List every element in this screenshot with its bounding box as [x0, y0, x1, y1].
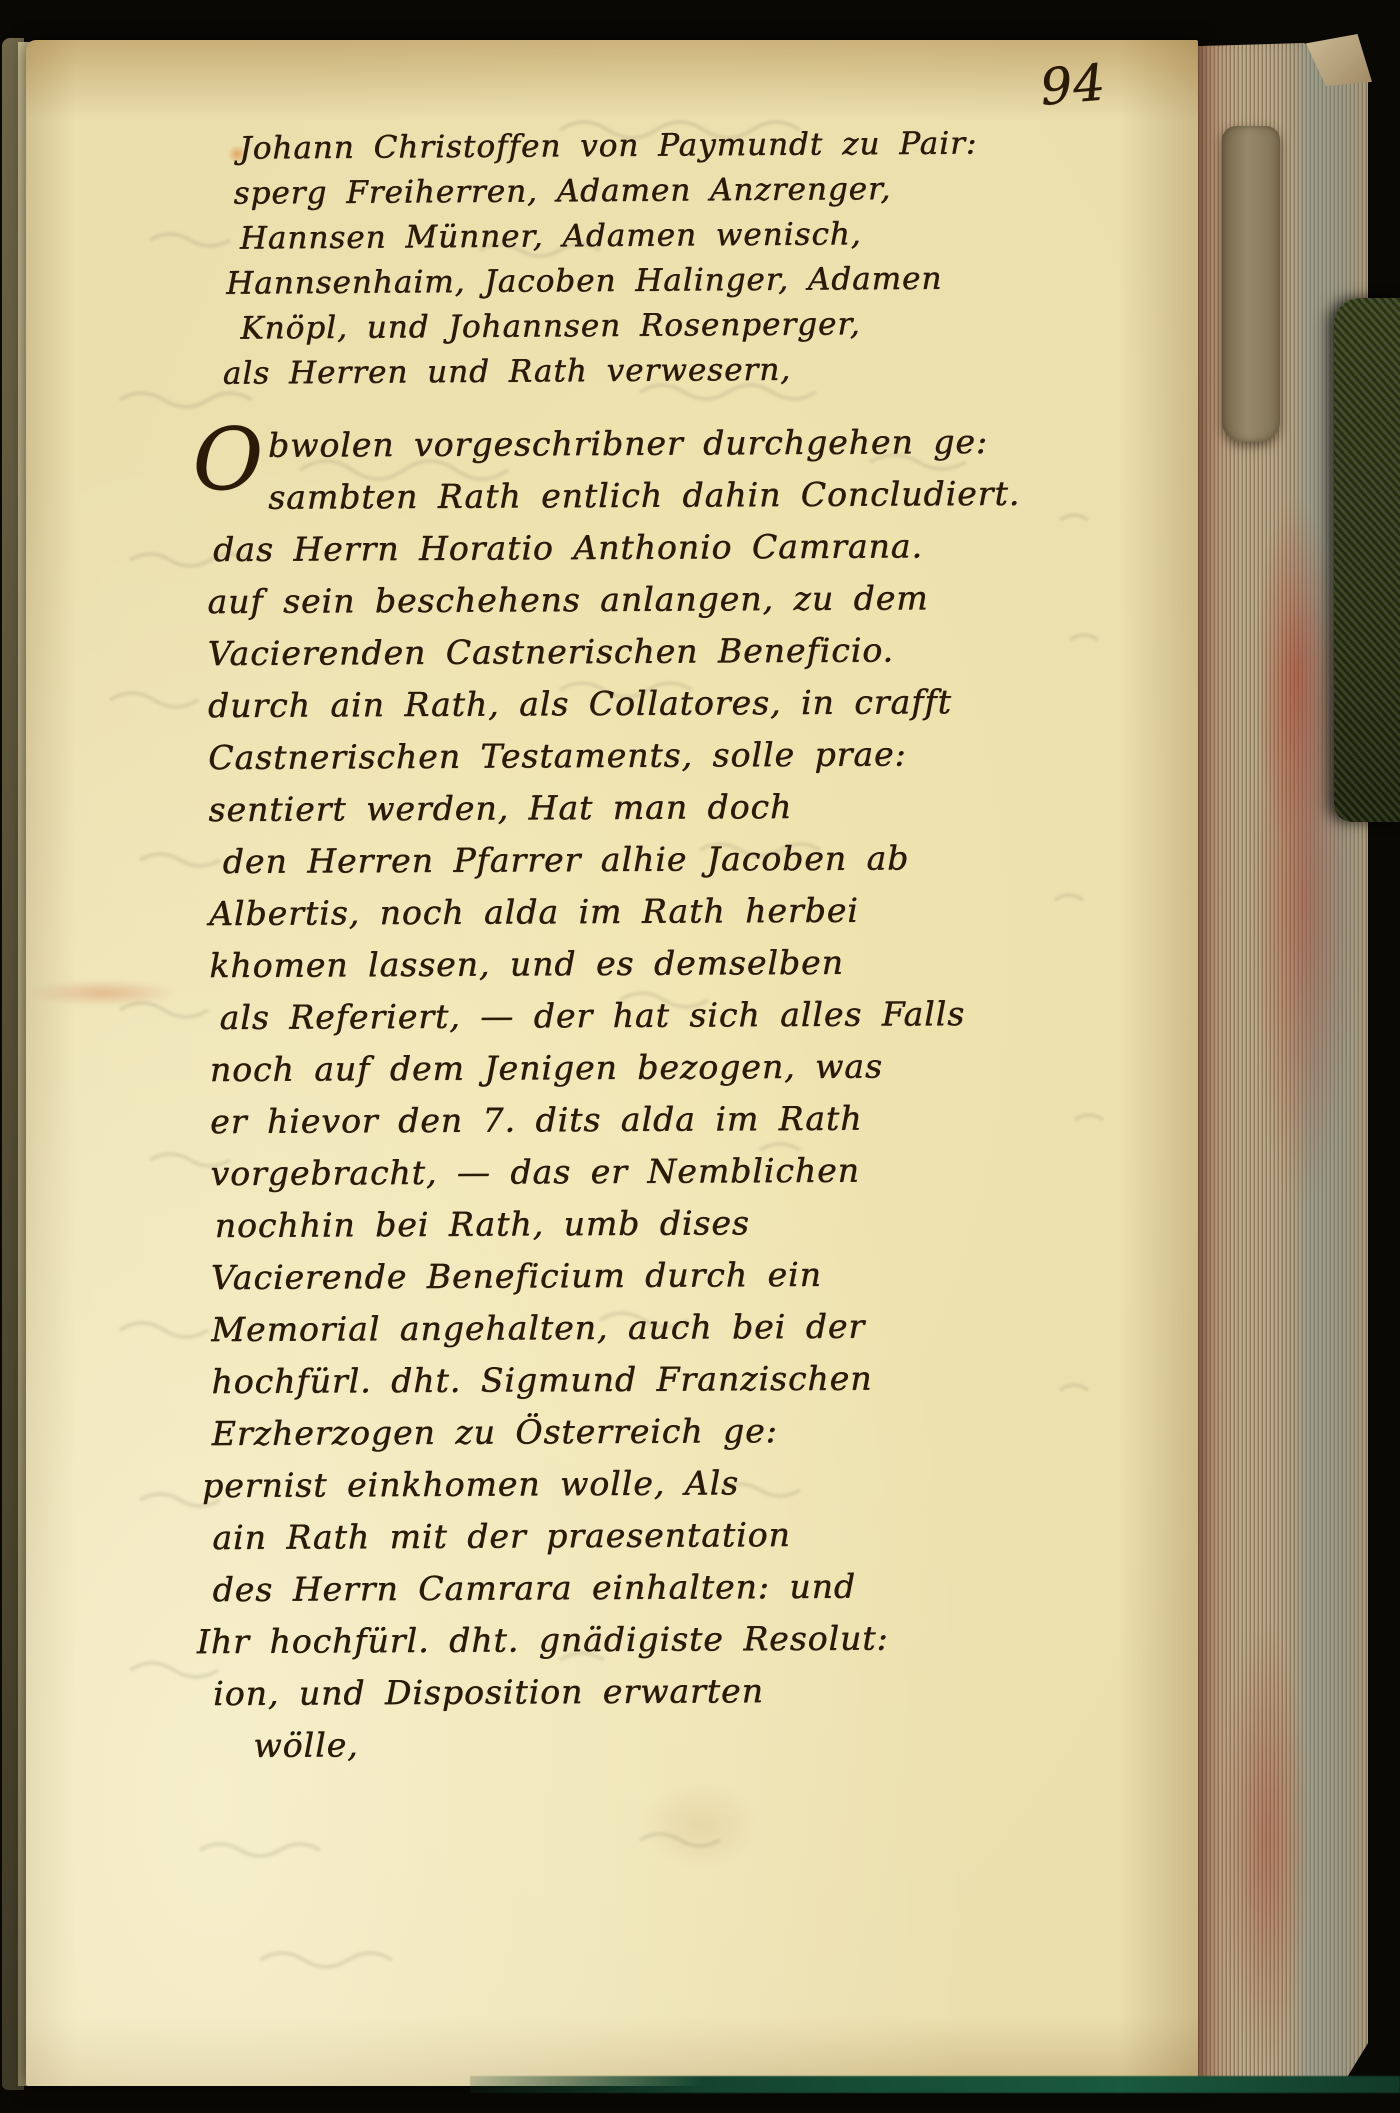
manuscript-line: er hievor den 7. dits alda im Rath	[210, 1098, 992, 1154]
manuscript-line: auf sein beschehens anlangen, zu dem	[207, 578, 989, 634]
manuscript-line: Vacierenden Castnerischen Beneficio.	[208, 630, 990, 686]
manuscript-line: Vacierende Beneficium durch ein	[211, 1254, 993, 1310]
manuscript-line: vorgebracht, — das er Nemblichen	[210, 1150, 992, 1206]
manuscript-line: Obwolen vorgeschribner durchgehen ge:	[206, 422, 988, 478]
main-paragraph: Obwolen vorgeschribner durchgehen ge:sam…	[206, 422, 994, 1778]
manuscript-line: Hannsen Münner, Adamen wenisch,	[240, 215, 978, 265]
manuscript-line: Johann Christoffen von Paymundt zu Pair:	[239, 125, 977, 175]
stain	[640, 1780, 760, 1870]
manuscript-line: Knöpl, und Johannsen Rosenperger,	[240, 305, 978, 355]
manuscript-line: Hannsenhaim, Jacoben Halinger, Adamen	[226, 260, 978, 310]
manuscript-line: ion, und Disposition erwarten	[213, 1670, 995, 1726]
manuscript-photo: 94 Johann Christoffen von Paymundt zu Pa…	[0, 0, 1400, 2113]
manuscript-line: nochhin bei Rath, umb dises	[215, 1202, 993, 1258]
manuscript-line: sentiert werden, Hat man doch	[208, 786, 990, 842]
manuscript-line: Memorial angehalten, auch bei der	[211, 1306, 993, 1362]
manuscript-line: sperg Freiherren, Adamen Anzrenger,	[233, 170, 977, 220]
manuscript-line: des Herrn Camrara einhalten: und	[212, 1566, 994, 1622]
manuscript-line: hochfürl. dht. Sigmund Franzischen	[211, 1358, 993, 1414]
manuscript-line: das Herrn Horatio Anthonio Camrana.	[213, 526, 989, 582]
manuscript-line: pernist einkhomen wolle, Als	[202, 1462, 994, 1518]
manuscript-line: Castnerischen Testaments, solle prae:	[208, 734, 990, 790]
manuscript-line: den Herren Pfarrer alhie Jacoben ab	[223, 838, 991, 894]
page-number: 94	[1038, 49, 1153, 116]
manuscript-line: noch auf dem Jenigen bezogen, was	[210, 1046, 992, 1102]
manuscript-line: Ihr hochfürl. dht. gnädigiste Resolut:	[197, 1618, 995, 1674]
address-paragraph: Johann Christoffen von Paymundt zu Pair:…	[239, 125, 979, 400]
manuscript-line: Erzherzogen zu Österreich ge:	[212, 1410, 994, 1466]
table-edge	[470, 2076, 1400, 2093]
manuscript-line: als Referiert, — der hat sich alles Fall…	[219, 994, 991, 1050]
manuscript-line: als Herren und Rath verwesern,	[223, 350, 979, 400]
manuscript-line: khomen lassen, und es demselben	[209, 942, 991, 998]
leather-bookmark-tab	[1222, 126, 1280, 442]
manuscript-line: sambten Rath entlich dahin Concludiert.	[207, 474, 989, 530]
manuscript-line: ain Rath mit der praesentation	[212, 1514, 994, 1570]
manuscript-line: Albertis, noch alda im Rath herbei	[209, 890, 991, 946]
manuscript-line: durch ain Rath, als Collatores, in craff…	[208, 682, 990, 738]
green-cloth	[1334, 298, 1400, 822]
stain	[28, 980, 178, 1006]
manuscript-line: wölle,	[253, 1722, 995, 1778]
